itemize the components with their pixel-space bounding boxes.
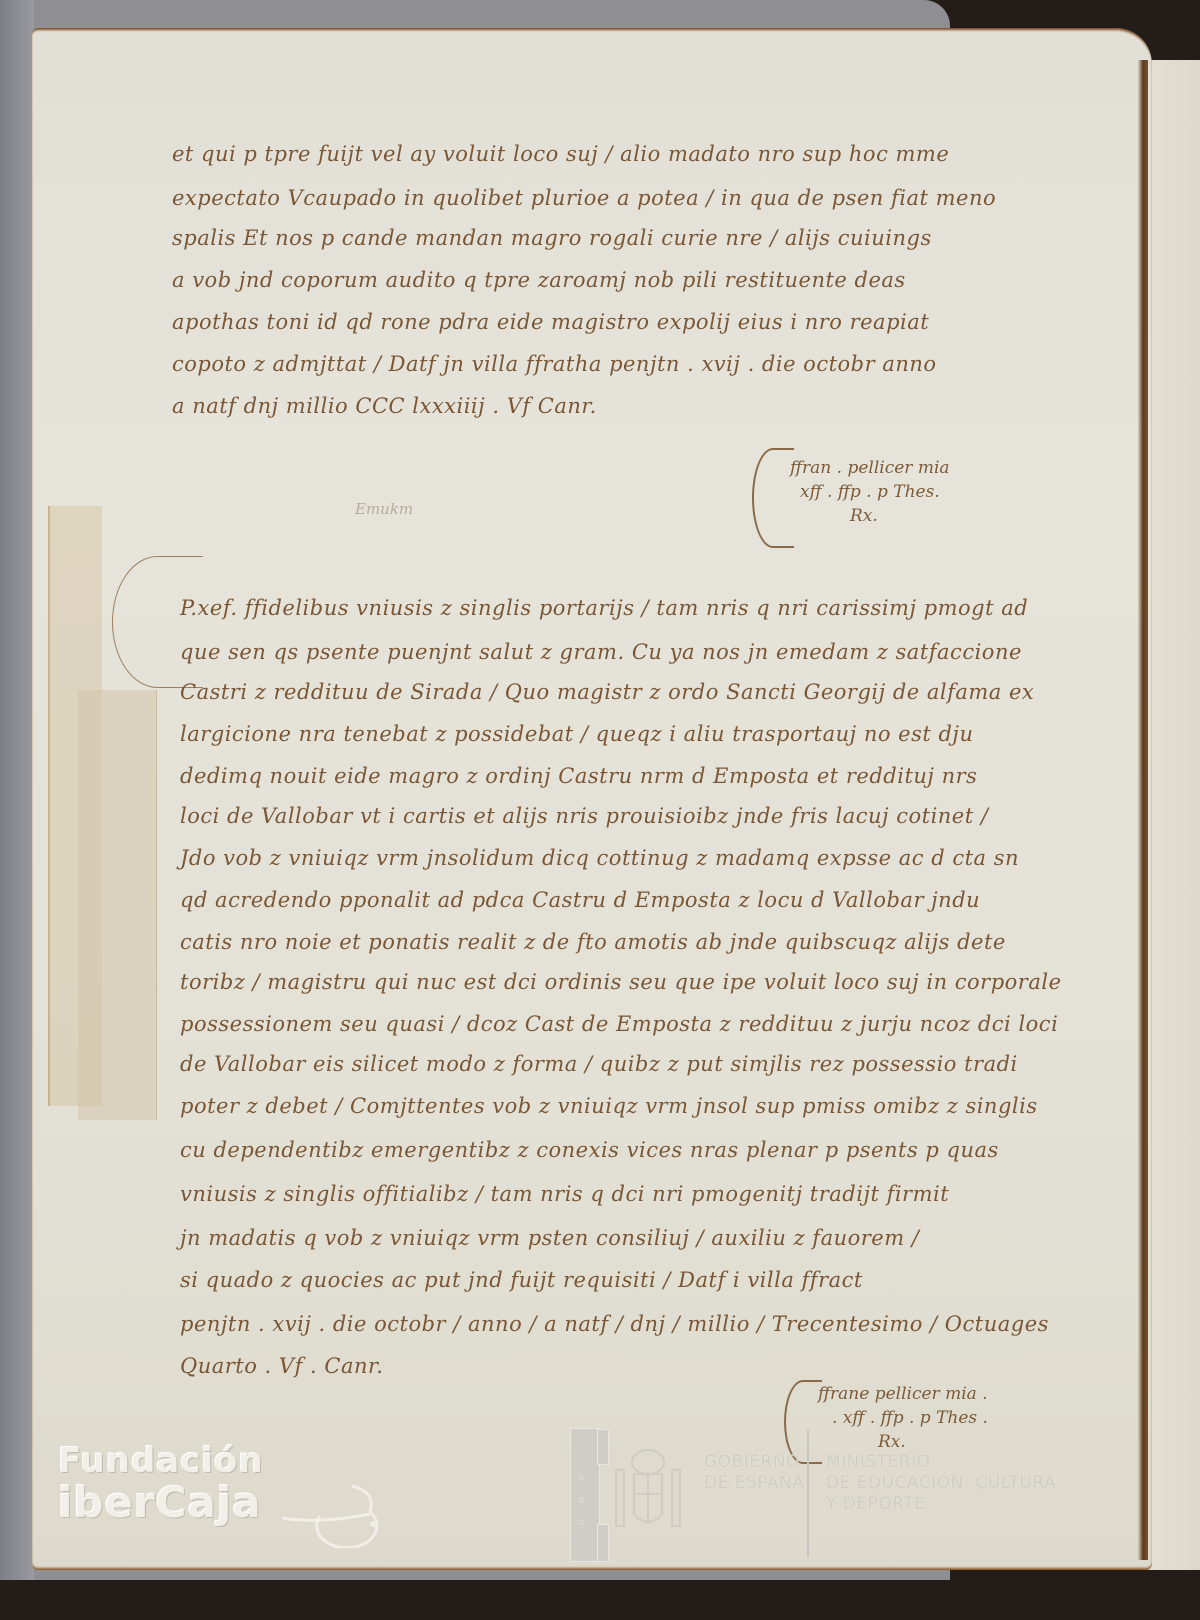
manuscript-line: qd acredendo pponalit ad pdca Castru d E… [180, 888, 980, 912]
star-icon: ☆ [577, 1495, 586, 1506]
manuscript-line: cu dependentibz emergentibz z conexis vi… [180, 1138, 999, 1162]
manuscript-line: si quado z quocies ac put jnd fuijt requ… [180, 1268, 863, 1292]
watermark-line: iberCaja [58, 1482, 264, 1524]
signature-2: ffrane pellicer mia . . xff . ffp . p Th… [818, 1382, 988, 1454]
repair-strip [78, 690, 157, 1120]
signature-line: ffran . pellicer mia [790, 456, 950, 480]
flag-bar-tab [597, 1429, 609, 1465]
manuscript-line: vniusis z singlis offitialibz / tam nris… [180, 1182, 949, 1206]
ministerio-watermark: MINISTERIO DE EDUCACIÓN, CULTURA Y DEPOR… [826, 1452, 1056, 1515]
manuscript-line: et qui p tpre fuijt vel ay voluit loco s… [172, 142, 949, 166]
manuscript-line: toribz / magistru qui nuc est dci ordini… [180, 970, 1062, 994]
star-icon: ☆ [577, 1473, 586, 1484]
signature-line: Rx. [818, 1430, 988, 1454]
manuscript-line: catis nro noie et ponatis realit z de ft… [180, 930, 1006, 954]
manuscript-line: Quarto . Vf . Canr. [180, 1354, 383, 1378]
manuscript-line: a natf dnj millio CCC lxxxiiij . Vf Canr… [172, 394, 597, 418]
manuscript-line: a vob jnd coporum audito q tpre zaroamj … [172, 268, 906, 292]
watermark-line: DE ESPAÑA [704, 1473, 804, 1494]
coat-of-arms-icon [612, 1444, 684, 1536]
manuscript-line: que sen qs psente puenjnt salut z gram. … [180, 640, 1022, 664]
signature-flourish [752, 448, 794, 548]
watermark-line: GOBIERNO [704, 1452, 804, 1473]
signature-line: . xff . ffp . p Thes . [818, 1406, 988, 1430]
manuscript-line: copoto z admjttat / Datf jn villa ffrath… [172, 352, 937, 376]
marginal-note: Emukm [355, 500, 413, 518]
star-icon: ☆ [577, 1517, 586, 1528]
manuscript-line: Jdo vob z vniuiqz vrm jnsolidum dicq cot… [180, 846, 1019, 870]
fundacion-ibercaja-watermark: Fundación iberCaja [58, 1440, 264, 1524]
manuscript-line: P.xef. ffidelibus vniusis z singlis port… [180, 596, 1028, 620]
manuscript-line: spalis Et nos p cande mandan magro rogal… [172, 226, 932, 250]
manuscript-line: largicione nra tenebat z possidebat / qu… [180, 722, 973, 746]
gobierno-espana-watermark: GOBIERNO DE ESPAÑA [704, 1452, 804, 1494]
manuscript-line: possessionem seu quasi / dcoz Cast de Em… [180, 1012, 1058, 1036]
page-gutter [1138, 60, 1148, 1560]
watermark-line: Y DEPORTE [826, 1494, 1056, 1515]
manuscript-line: expectato Vcaupado in quolibet plurioe a… [172, 186, 996, 210]
ibercaja-logo-icon [280, 1478, 390, 1548]
signature-line: ffrane pellicer mia . [818, 1382, 988, 1406]
manuscript-line: penjtn . xvij . die octobr / anno / a na… [180, 1312, 1049, 1336]
paragraph-flourish [112, 556, 203, 688]
archive-board-edge [0, 0, 34, 1580]
manuscript-line: loci de Vallobar vt i cartis et alijs nr… [180, 804, 988, 828]
signature-line: xff . ffp . p Thes. [790, 480, 950, 504]
watermark-divider [807, 1430, 809, 1558]
signature-line: Rx. [790, 504, 950, 528]
manuscript-line: apothas toni id qd rone pdra eide magist… [172, 310, 929, 334]
manuscript-line: dedimq nouit eide magro z ordinj Castru … [180, 764, 977, 788]
manuscript-line: poter z debet / Comjttentes vob z vniuiq… [180, 1094, 1038, 1118]
watermark-line: MINISTERIO [826, 1452, 1056, 1473]
signature-1: ffran . pellicer mia xff . ffp . p Thes.… [790, 456, 950, 528]
manuscript-line: jn madatis q vob z vniuiqz vrm psten con… [180, 1226, 919, 1250]
manuscript-folio [32, 28, 1152, 1570]
flag-bar-tab [597, 1524, 609, 1562]
manuscript-line: de Vallobar eis silicet modo z forma / q… [180, 1052, 1018, 1076]
manuscript-line: Castri z reddituu de Sirada / Quo magist… [180, 680, 1034, 704]
spain-flag-bar-icon: ☆ ☆ ☆ [570, 1428, 600, 1562]
watermark-line: Fundación [58, 1440, 264, 1482]
watermark-line: DE EDUCACIÓN, CULTURA [826, 1473, 1056, 1494]
